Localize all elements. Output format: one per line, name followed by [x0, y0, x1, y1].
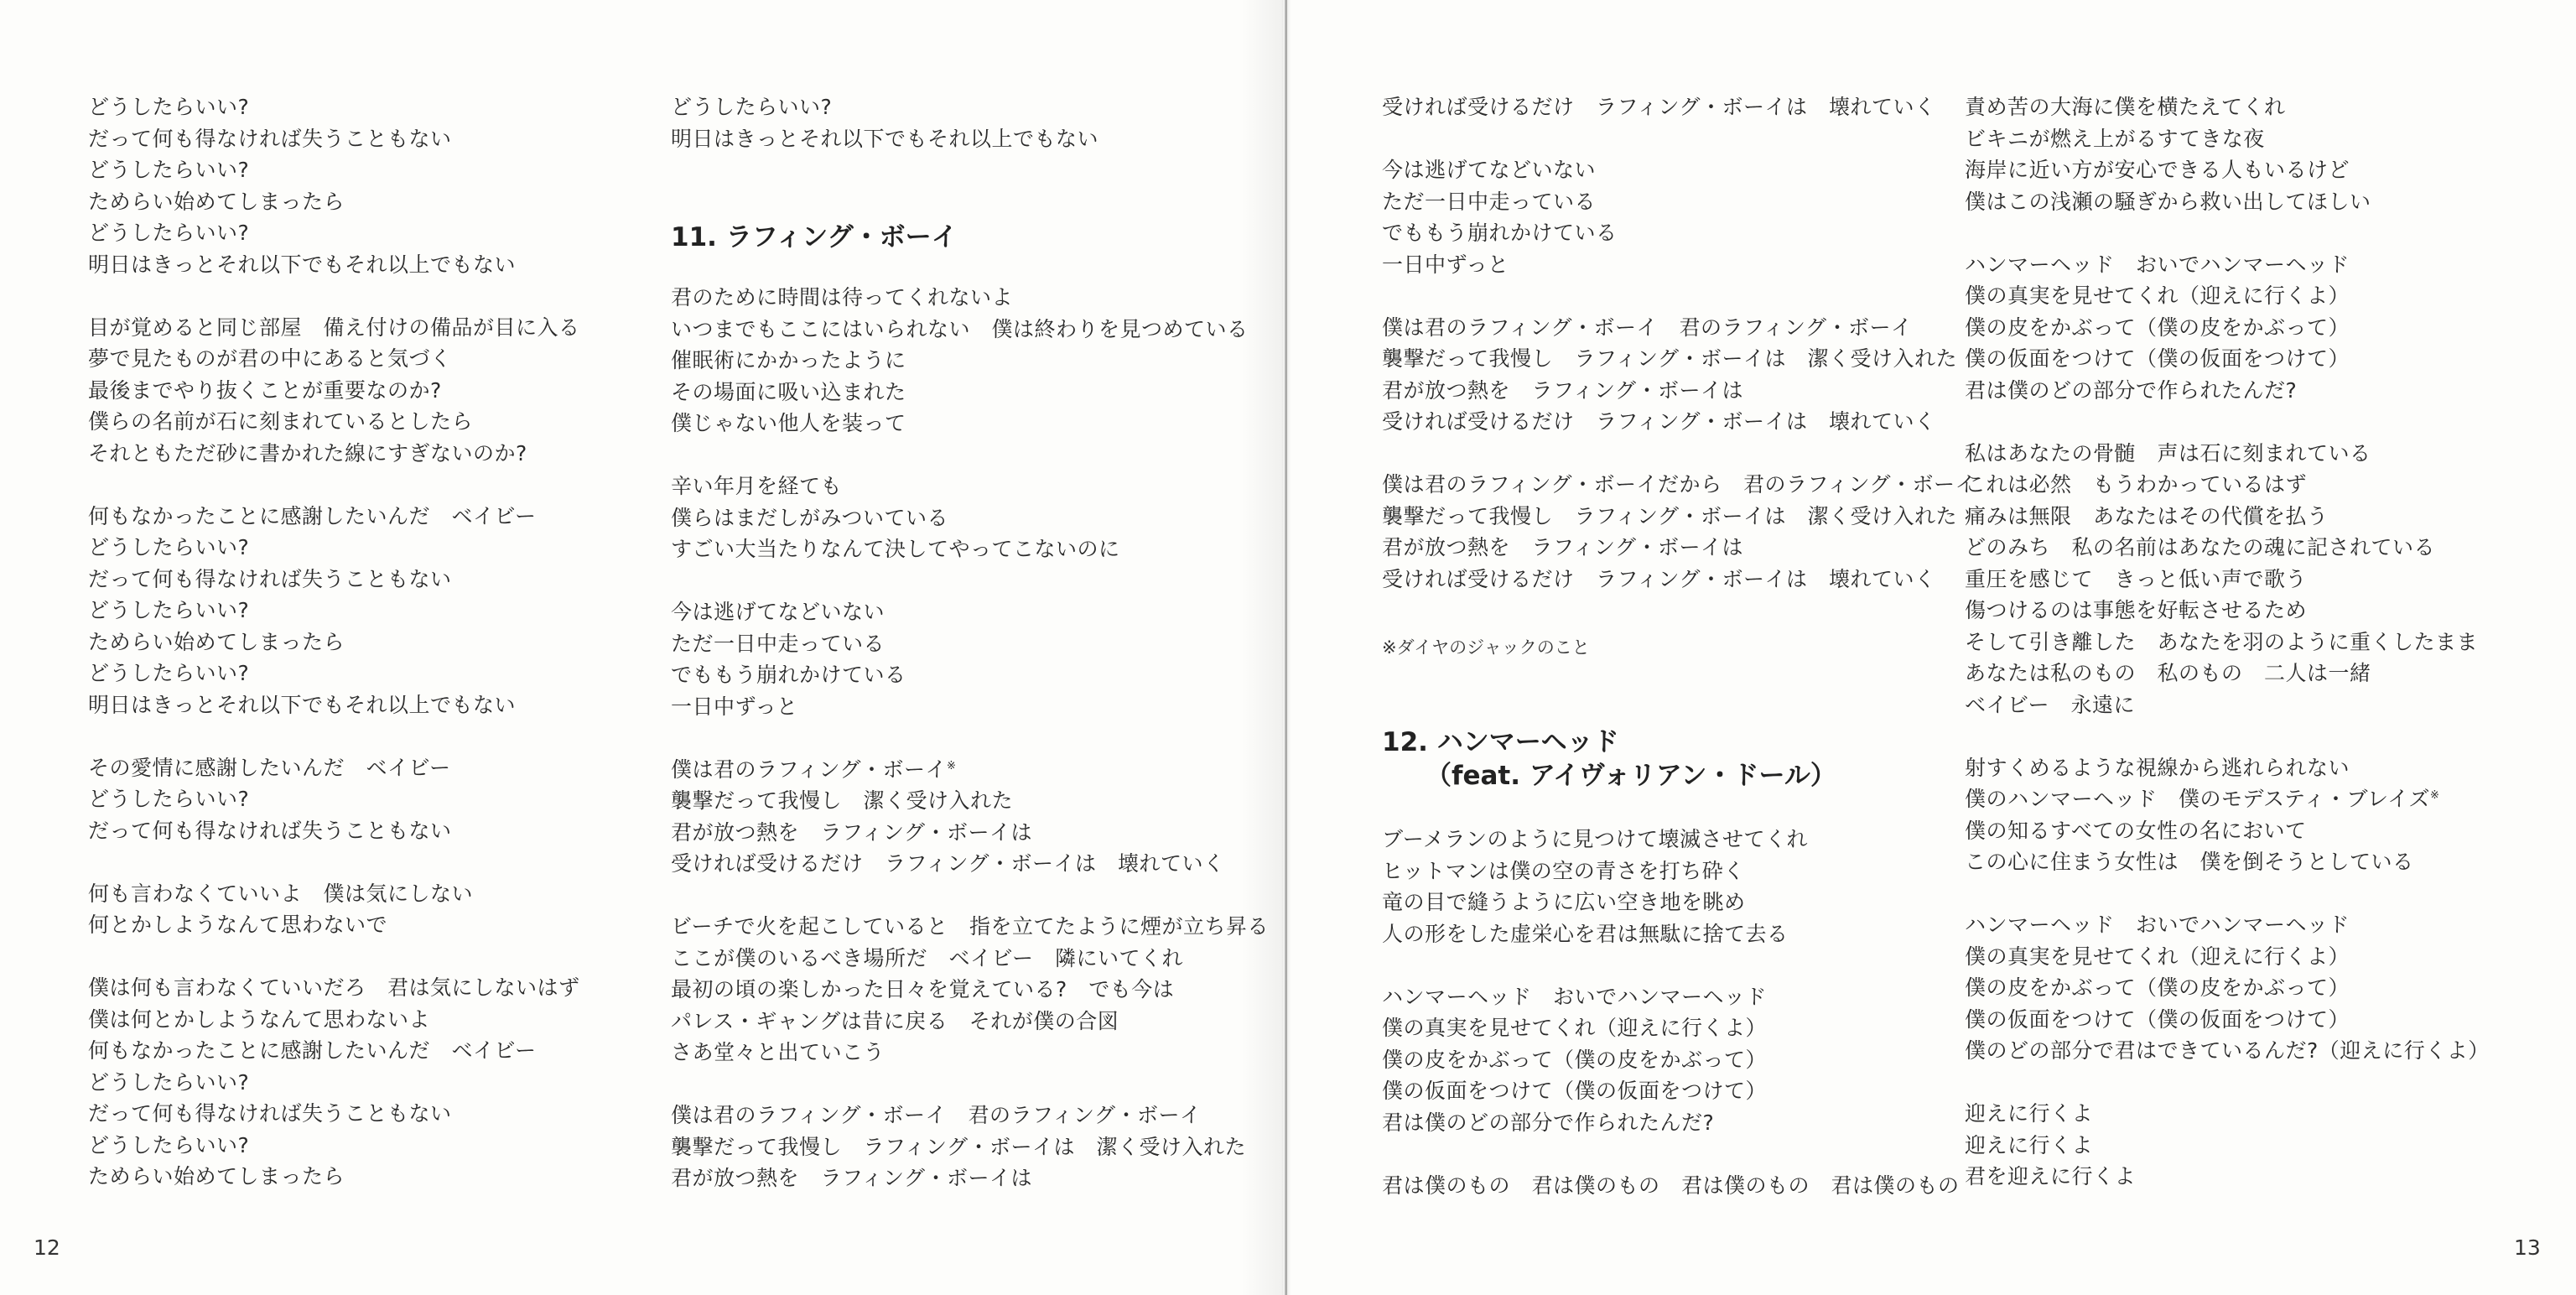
lyric-text: だって何も得なければ失うこともない [88, 1101, 452, 1126]
stanza-break [1965, 720, 2490, 752]
lyric-text: 何もなかったことに感謝したいんだ ベイビー [88, 1038, 537, 1063]
lyric-text: 目が覚めると同じ部屋 備え付けの備品が目に入る [88, 315, 580, 340]
lyric-line: 何も言わなくていいよ 僕は気にしない [88, 878, 580, 910]
stanza-break [1382, 1138, 1960, 1170]
lyric-line: 夢で見たものが君の中にあると気づく [88, 343, 580, 375]
lyric-text: あなたは私のもの 私のもの 二人は一緒 [1965, 661, 2371, 685]
lyrics-column-3: 受ければ受けるだけ ラフィング・ボーイは 壊れていく今は逃げてなどいないただ一日… [1382, 91, 1976, 595]
lyric-text: 人の形をした虚栄心を君は無駄に捨て去る [1382, 922, 1789, 946]
lyric-text: 受ければ受けるだけ ラフィング・ボーイは 壊れていく [1382, 409, 1936, 434]
lyric-text: 僕じゃない他人を装って [671, 411, 906, 435]
lyric-text: 射すくめるような視線から逃れられない [1965, 756, 2350, 780]
stanza-break [1965, 406, 2490, 438]
lyric-line: ヒットマンは僕の空の青さを打ち砕く [1382, 856, 1960, 887]
lyric-text: その場面に吸い込まれた [671, 380, 906, 404]
lyric-line: ハンマーヘッド おいでハンマーヘッド [1382, 981, 1960, 1013]
lyric-text: ためらい始めてしまったら [88, 1164, 345, 1188]
lyric-text: 何とかしようなんて思わないで [88, 913, 387, 937]
lyric-text: 僕の皮をかぶって（僕の皮をかぶって） [1382, 1048, 1767, 1072]
lyric-text: 僕の皮をかぶって（僕の皮をかぶって） [1965, 975, 2350, 1000]
lyric-line: さあ堂々と出ていこう [671, 1037, 1269, 1069]
lyric-line: 明日はきっとそれ以下でもそれ以上でもない [88, 689, 580, 721]
lyric-text: 一日中ずっと [671, 694, 798, 719]
lyric-text: 夢で見たものが君の中にあると気づく [88, 346, 452, 371]
lyric-text: 僕の真実を見せてくれ（迎えに行くよ） [1965, 944, 2350, 969]
stanza-break [671, 880, 1269, 912]
lyric-text: 明日はきっとそれ以下でもそれ以上でもない [88, 252, 516, 277]
lyric-line: 僕の真実を見せてくれ（迎えに行くよ） [1965, 941, 2490, 973]
lyric-line: 目が覚めると同じ部屋 備え付けの備品が目に入る [88, 312, 580, 344]
stanza-break [671, 1069, 1269, 1100]
lyric-text: 襲撃だって我慢し ラフィング・ボーイは 潔く受け入れた [1382, 504, 1957, 528]
lyric-line: 明日はきっとそれ以下でもそれ以上でもない [671, 123, 1098, 155]
lyric-text: 君を迎えに行くよ [1965, 1164, 2136, 1188]
lyric-text: 僕の真実を見せてくれ（迎えに行くよ） [1382, 1016, 1767, 1040]
lyric-text: すごい大当たりなんて決してやってこないのに [671, 537, 1120, 561]
lyric-line: 一日中ずっと [671, 691, 1269, 723]
lyric-text: どうしたらいい? [88, 661, 249, 685]
lyric-text: だって何も得なければ失うこともない [88, 127, 452, 151]
lyric-text: それともただ砂に書かれた線にすぎないのか? [88, 441, 527, 465]
lyrics-column-3-song: ブーメランのように見つけて壊滅させてくれヒットマンは僕の空の青さを打ち砕く竜の目… [1382, 824, 1960, 1201]
lyric-text: 襲撃だって我慢し ラフィング・ボーイは 潔く受け入れた [671, 1135, 1246, 1159]
lyric-text: ビーチで火を起こしていると 指を立てたように煙が立ち昇る [671, 914, 1269, 939]
lyric-line: ただ一日中走っている [1382, 186, 1976, 218]
lyric-line: 受ければ受けるだけ ラフィング・ボーイは 壊れていく [671, 848, 1269, 880]
lyric-line: ブーメランのように見つけて壊滅させてくれ [1382, 824, 1960, 856]
lyric-line: ためらい始めてしまったら [88, 1161, 580, 1193]
lyric-line: 重圧を感じて きっと低い声で歌う [1965, 564, 2490, 595]
lyric-line: 君が放つ熱を ラフィング・ボーイは [1382, 532, 1976, 564]
lyrics-column-2-intro: どうしたらいい?明日はきっとそれ以下でもそれ以上でもない [671, 91, 1098, 154]
lyric-text: 私はあなたの骨髄 声は石に刻まれている [1965, 441, 2371, 465]
lyric-text: ベイビー 永遠に [1965, 693, 2135, 717]
lyric-line: 君は僕のもの 君は僕のもの 君は僕のもの 君は僕のもの [1382, 1170, 1960, 1202]
lyric-text: どうしたらいい? [88, 1070, 249, 1095]
lyric-text: 何もなかったことに感謝したいんだ ベイビー [88, 504, 537, 528]
lyric-text: だって何も得なければ失うこともない [88, 819, 452, 843]
lyric-line: 今は逃げてなどいない [671, 596, 1269, 628]
lyric-line: 何もなかったことに感謝したいんだ ベイビー [88, 1035, 580, 1067]
lyric-line: ただ一日中走っている [671, 628, 1269, 660]
lyric-line: 迎えに行くよ [1965, 1098, 2490, 1130]
lyric-line: ハンマーヘッド おいでハンマーヘッド [1965, 909, 2490, 941]
lyric-line: 人の形をした虚栄心を君は無駄に捨て去る [1382, 918, 1960, 950]
lyric-line: 襲撃だって我慢し ラフィング・ボーイは 潔く受け入れた [1382, 501, 1976, 533]
page-number-left: 12 [34, 1235, 60, 1260]
lyric-line: 君が放つ熱を ラフィング・ボーイは [1382, 375, 1976, 407]
footnote: ※ダイヤのジャックのこと [1382, 635, 1590, 660]
lyric-line: その愛情に感謝したいんだ ベイビー [88, 752, 580, 784]
lyric-line: 僕は君のラフィング・ボーイ 君のラフィング・ボーイ [671, 1100, 1269, 1131]
song-title-12: 12. ハンマーヘッド （feat. アイヴォリアン・ドール） [1382, 726, 1836, 793]
lyric-line: だって何も得なければ失うこともない [88, 1098, 580, 1130]
song-title-11: 11. ラフィング・ボーイ [671, 221, 958, 254]
lyric-line: 僕の皮をかぶって（僕の皮をかぶって） [1965, 972, 2490, 1004]
lyric-line: 竜の目で縫うように広い空き地を眺め [1382, 887, 1960, 918]
song-title: 11. ラフィング・ボーイ [671, 221, 958, 254]
lyric-line: だって何も得なければ失うこともない [88, 564, 580, 595]
lyric-text: 僕は何とかしようなんて思わないよ [88, 1007, 430, 1032]
lyric-text: 僕は君のラフィング・ボーイ 君のラフィング・ボーイ [671, 1103, 1202, 1127]
lyric-text: どうしたらいい? [88, 221, 249, 245]
lyric-text: いつまでもここにはいられない 僕は終わりを見つめている [671, 317, 1249, 341]
lyric-text: 僕の仮面をつけて（僕の仮面をつけて） [1965, 346, 2350, 371]
lyric-text: どうしたらいい? [88, 535, 249, 559]
stanza-break [1382, 123, 1976, 155]
lyric-text: 責め苦の大海に僕を横たえてくれ [1965, 95, 2286, 119]
lyric-line: 僕の仮面をつけて（僕の仮面をつけて） [1965, 343, 2490, 375]
footnote-text: ※ダイヤのジャックのこと [1382, 635, 1590, 660]
lyric-text: 迎えに行くよ [1965, 1101, 2093, 1126]
lyric-line: 僕の真実を見せてくれ（迎えに行くよ） [1965, 280, 2490, 312]
lyric-line: だって何も得なければ失うこともない [88, 123, 580, 155]
lyric-text: 君が放つ熱を ラフィング・ボーイは [671, 1166, 1032, 1190]
lyric-text: どうしたらいい? [88, 598, 249, 622]
lyric-line: 襲撃だって我慢し ラフィング・ボーイは 潔く受け入れた [671, 1131, 1269, 1163]
lyric-text: 僕らはまだしがみついている [671, 506, 948, 530]
stanza-break [88, 469, 580, 501]
lyric-line: 僕の仮面をつけて（僕の仮面をつけて） [1382, 1075, 1960, 1107]
lyric-line: 君は僕のどの部分で作られたんだ? [1382, 1107, 1960, 1139]
lyric-text: 今は逃げてなどいない [671, 600, 885, 624]
lyric-text: ためらい始めてしまったら [88, 630, 345, 654]
lyric-line: 射すくめるような視線から逃れられない [1965, 752, 2490, 784]
lyric-line: この心に住まう女性は 僕を倒そうとしている [1965, 846, 2490, 878]
lyric-text: どうしたらいい? [88, 158, 249, 182]
lyric-line: 君のために時間は待ってくれないよ [671, 282, 1269, 314]
lyric-text: 僕は何も言わなくていいだろ 君は気にしないはず [88, 975, 580, 1000]
lyric-line: 受ければ受けるだけ ラフィング・ボーイは 壊れていく [1382, 91, 1976, 123]
lyric-line: その場面に吸い込まれた [671, 377, 1269, 408]
lyric-text: 君は僕のどの部分で作られたんだ? [1382, 1110, 1714, 1135]
lyric-line: 今は逃げてなどいない [1382, 154, 1976, 186]
book-spine-fold [1281, 0, 1291, 1295]
lyric-text: 僕の知るすべての女性の名において [1965, 819, 2307, 843]
lyric-text: さあ堂々と出ていこう [671, 1040, 885, 1064]
lyric-line: 襲撃だって我慢し 潔く受け入れた [671, 785, 1269, 817]
lyric-line: 君は僕のどの部分で作られたんだ? [1965, 375, 2490, 407]
lyric-text: 君が放つ熱を ラフィング・ボーイは [671, 820, 1032, 845]
lyric-text: 一日中ずっと [1382, 252, 1509, 277]
lyric-text: ハンマーヘッド おいでハンマーヘッド [1965, 913, 2350, 937]
lyric-text: 僕は君のラフィング・ボーイだから 君のラフィング・ボーイ [1382, 472, 1976, 497]
lyric-text: 僕らの名前が石に刻まれているとしたら [88, 409, 473, 434]
lyric-line: 襲撃だって我慢し ラフィング・ボーイは 潔く受け入れた [1382, 343, 1976, 375]
lyric-line: でももう崩れかけている [671, 659, 1269, 691]
lyric-text: 明日はきっとそれ以下でもそれ以上でもない [88, 693, 516, 717]
lyric-line: 僕は君のラフィング・ボーイ 君のラフィング・ボーイ [1382, 312, 1976, 344]
lyric-text: どうしたらいい? [88, 95, 249, 119]
lyrics-column-4: 責め苦の大海に僕を横たえてくれビキニが燃え上がるすてきな夜海岸に近い方が安心でき… [1965, 91, 2490, 1193]
lyric-line: そして引き離した あなたを羽のように重くしたまま [1965, 627, 2490, 658]
lyric-line: 僕のハンマーヘッド 僕のモデスティ・ブレイズ※ [1965, 783, 2490, 815]
lyric-text: 迎えに行くよ [1965, 1133, 2093, 1157]
lyric-text: 襲撃だって我慢し 潔く受け入れた [671, 788, 1013, 813]
stanza-break [88, 720, 580, 752]
lyric-text: 君が放つ熱を ラフィング・ボーイは [1382, 535, 1743, 559]
lyric-text: どうしたらいい? [88, 1133, 249, 1157]
lyric-text: 君のために時間は待ってくれないよ [671, 285, 1013, 309]
lyric-text: 今は逃げてなどいない [1382, 158, 1596, 182]
lyric-line: ベイビー 永遠に [1965, 689, 2490, 721]
lyric-line: いつまでもここにはいられない 僕は終わりを見つめている [671, 314, 1269, 346]
lyric-line: ためらい始めてしまったら [88, 627, 580, 658]
lyric-text: ハンマーヘッド おいでハンマーヘッド [1965, 252, 2350, 277]
lyric-text: パレス・ギャングは昔に戻る それが僕の合図 [671, 1009, 1119, 1033]
lyric-text: 僕のハンマーヘッド 僕のモデスティ・ブレイズ [1965, 787, 2430, 811]
lyric-line: 僕の真実を見せてくれ（迎えに行くよ） [1382, 1012, 1960, 1044]
lyrics-column-1: どうしたらいい?だって何も得なければ失うこともないどうしたらいい?ためらい始めて… [88, 91, 580, 1193]
lyric-text: 君が放つ熱を ラフィング・ボーイは [1382, 378, 1743, 403]
lyric-line: それともただ砂に書かれた線にすぎないのか? [88, 438, 580, 470]
lyric-line: 僕の皮をかぶって（僕の皮をかぶって） [1965, 312, 2490, 344]
lyric-line: 君を迎えに行くよ [1965, 1161, 2490, 1193]
lyric-line: どうしたらいい? [88, 1067, 580, 1099]
lyric-text: ハンマーヘッド おいでハンマーヘッド [1382, 985, 1767, 1009]
lyric-text: だって何も得なければ失うこともない [88, 567, 452, 591]
lyric-text: これは必然 もうわかっているはず [1965, 472, 2307, 497]
lyric-line: 何もなかったことに感謝したいんだ ベイビー [88, 501, 580, 533]
lyric-line: ここが僕のいるべき場所だ ベイビー 隣にいてくれ [671, 943, 1269, 975]
lyric-text: でももう崩れかけている [671, 663, 906, 687]
lyric-line: 傷つけるのは事態を好転させるため [1965, 595, 2490, 627]
lyric-line: 僕は何とかしようなんて思わないよ [88, 1004, 580, 1036]
stanza-break [671, 722, 1269, 754]
lyric-line: どうしたらいい? [88, 217, 580, 249]
lyric-line: これは必然 もうわかっているはず [1965, 469, 2490, 501]
lyric-line: どのみち 私の名前はあなたの魂に記されている [1965, 532, 2490, 564]
lyric-text: 受ければ受けるだけ ラフィング・ボーイは 壊れていく [1382, 95, 1936, 119]
footnote-mark: ※ [947, 760, 956, 772]
lyric-line: 僕のどの部分で君はできているんだ?（迎えに行くよ） [1965, 1035, 2490, 1067]
stanza-break [88, 941, 580, 973]
lyric-text: どうしたらいい? [88, 787, 249, 811]
lyric-line: どうしたらいい? [88, 91, 580, 123]
lyric-line: 僕は君のラフィング・ボーイだから 君のラフィング・ボーイ [1382, 469, 1976, 501]
footnote-mark: ※ [2430, 789, 2439, 802]
lyric-text: ビキニが燃え上がるすてきな夜 [1965, 127, 2265, 151]
lyric-line: どうしたらいい? [88, 658, 580, 689]
lyric-text: 僕は君のラフィング・ボーイ [671, 757, 947, 782]
lyric-text: 襲撃だって我慢し ラフィング・ボーイは 潔く受け入れた [1382, 346, 1957, 371]
lyric-line: 何とかしようなんて思わないで [88, 909, 580, 941]
stanza-break [1382, 438, 1976, 470]
lyric-line: ビキニが燃え上がるすてきな夜 [1965, 123, 2490, 155]
lyric-text: この心に住まう女性は 僕を倒そうとしている [1965, 850, 2414, 874]
lyric-text: 僕は君のラフィング・ボーイ 君のラフィング・ボーイ [1382, 315, 1913, 340]
lyrics-column-2: 君のために時間は待ってくれないよいつまでもここにはいられない 僕は終わりを見つめ… [671, 282, 1269, 1194]
lyric-line: 君が放つ熱を ラフィング・ボーイは [671, 1162, 1269, 1194]
lyric-text: 僕はこの浅瀬の騒ぎから救い出してほしい [1965, 190, 2371, 214]
lyric-line: どうしたらいい? [88, 532, 580, 564]
lyric-text: どうしたらいい? [671, 95, 832, 119]
page-number-right: 13 [2514, 1235, 2541, 1260]
lyric-line: あなたは私のもの 私のもの 二人は一緒 [1965, 658, 2490, 689]
lyric-text: 僕の仮面をつけて（僕の仮面をつけて） [1965, 1007, 2350, 1032]
lyric-text: 海岸に近い方が安心できる人もいるけど [1965, 158, 2350, 182]
lyric-text: ここが僕のいるべき場所だ ベイビー 隣にいてくれ [671, 946, 1183, 970]
lyric-text: そして引き離した あなたを羽のように重くしたまま [1965, 630, 2478, 654]
lyric-line: 僕らの名前が石に刻まれているとしたら [88, 406, 580, 438]
lyric-line: 僕の皮をかぶって（僕の皮をかぶって） [1382, 1044, 1960, 1076]
song-subtitle: （feat. アイヴォリアン・ドール） [1382, 759, 1836, 793]
lyric-text: ただ一日中走っている [1382, 190, 1596, 214]
lyric-text: 最後までやり抜くことが重要なのか? [88, 378, 442, 403]
lyric-line: 痛みは無限 あなたはその代償を払う [1965, 501, 2490, 533]
lyric-line: 僕は何も言わなくていいだろ 君は気にしないはず [88, 972, 580, 1004]
lyric-line: 最後までやり抜くことが重要なのか? [88, 375, 580, 407]
lyric-line: でももう崩れかけている [1382, 217, 1976, 249]
lyric-line: どうしたらいい? [88, 154, 580, 186]
lyric-text: 僕の皮をかぶって（僕の皮をかぶって） [1965, 315, 2350, 340]
lyric-text: 傷つけるのは事態を好転させるため [1965, 598, 2307, 622]
lyric-text: 辛い年月を経ても [671, 474, 842, 498]
lyric-line: ビーチで火を起こしていると 指を立てたように煙が立ち昇る [671, 911, 1269, 943]
lyric-text: 何も言わなくていいよ 僕は気にしない [88, 882, 473, 906]
lyric-line: ためらい始めてしまったら [88, 186, 580, 218]
stanza-break [1965, 217, 2490, 249]
lyric-line: 受ければ受けるだけ ラフィング・ボーイは 壊れていく [1382, 564, 1976, 595]
lyric-line: 迎えに行くよ [1965, 1130, 2490, 1162]
lyric-line: ハンマーヘッド おいでハンマーヘッド [1965, 249, 2490, 281]
lyric-text: 受ければ受けるだけ ラフィング・ボーイは 壊れていく [1382, 567, 1936, 591]
lyric-line: どうしたらいい? [671, 91, 1098, 123]
lyric-text: ブーメランのように見つけて壊滅させてくれ [1382, 827, 1808, 851]
stanza-break [1965, 1067, 2490, 1099]
lyric-text: 痛みは無限 あなたはその代償を払う [1965, 504, 2329, 528]
stanza-break [671, 565, 1269, 597]
lyric-text: 僕のどの部分で君はできているんだ?（迎えに行くよ） [1965, 1038, 2490, 1063]
lyric-text: ヒットマンは僕の空の青さを打ち砕く [1382, 859, 1745, 883]
lyric-text: 受ければ受けるだけ ラフィング・ボーイは 壊れていく [671, 851, 1225, 876]
lyric-text: その愛情に感謝したいんだ ベイビー [88, 756, 451, 780]
lyric-line: 海岸に近い方が安心できる人もいるけど [1965, 154, 2490, 186]
lyric-text: 君は僕のどの部分で作られたんだ? [1965, 378, 2297, 403]
lyric-line: すごい大当たりなんて決してやってこないのに [671, 533, 1269, 565]
lyric-line: 辛い年月を経ても [671, 471, 1269, 502]
lyric-text: 君は僕のもの 君は僕のもの 君は僕のもの 君は僕のもの [1382, 1173, 1960, 1198]
lyric-text: 最初の頃の楽しかった日々を覚えている? でも今は [671, 977, 1174, 1001]
lyric-line: 僕らはまだしがみついている [671, 502, 1269, 534]
stanza-break [1382, 280, 1976, 312]
lyric-line: 受ければ受けるだけ ラフィング・ボーイは 壊れていく [1382, 406, 1976, 438]
lyric-text: でももう崩れかけている [1382, 221, 1618, 245]
lyric-text: ただ一日中走っている [671, 632, 885, 656]
lyric-text: 重圧を感じて きっと低い声で歌う [1965, 567, 2307, 591]
stanza-break [1382, 949, 1960, 981]
lyric-line: 責め苦の大海に僕を横たえてくれ [1965, 91, 2490, 123]
song-title: 12. ハンマーヘッド [1382, 726, 1836, 759]
lyric-text: どのみち 私の名前はあなたの魂に記されている [1965, 535, 2435, 559]
lyric-text: 僕の仮面をつけて（僕の仮面をつけて） [1382, 1079, 1767, 1103]
lyric-text: 竜の目で縫うように広い空き地を眺め [1382, 890, 1746, 914]
lyric-line: 僕は君のラフィング・ボーイ※ [671, 754, 1269, 786]
lyric-text: 僕の真実を見せてくれ（迎えに行くよ） [1965, 283, 2350, 308]
lyric-text: 明日はきっとそれ以下でもそれ以上でもない [671, 127, 1098, 151]
lyric-text: ためらい始めてしまったら [88, 190, 345, 214]
stanza-break [671, 439, 1269, 471]
lyric-line: 君が放つ熱を ラフィング・ボーイは [671, 817, 1269, 849]
lyric-line: どうしたらいい? [88, 595, 580, 627]
stanza-break [88, 280, 580, 312]
lyric-line: 僕の知るすべての女性の名において [1965, 815, 2490, 847]
lyric-text: 催眠術にかかったように [671, 348, 906, 372]
lyric-line: 僕はこの浅瀬の騒ぎから救い出してほしい [1965, 186, 2490, 218]
stanza-break [88, 846, 580, 878]
stanza-break [1965, 878, 2490, 910]
lyric-line: 明日はきっとそれ以下でもそれ以上でもない [88, 249, 580, 281]
lyric-line: 僕の仮面をつけて（僕の仮面をつけて） [1965, 1004, 2490, 1036]
lyric-line: 最初の頃の楽しかった日々を覚えている? でも今は [671, 974, 1269, 1006]
lyric-line: 催眠術にかかったように [671, 345, 1269, 377]
lyric-line: 僕じゃない他人を装って [671, 408, 1269, 439]
lyric-line: どうしたらいい? [88, 783, 580, 815]
lyric-line: だって何も得なければ失うこともない [88, 815, 580, 847]
lyric-line: 私はあなたの骨髄 声は石に刻まれている [1965, 438, 2490, 470]
lyric-line: 一日中ずっと [1382, 249, 1976, 281]
lyric-line: パレス・ギャングは昔に戻る それが僕の合図 [671, 1006, 1269, 1038]
lyric-line: どうしたらいい? [88, 1130, 580, 1162]
